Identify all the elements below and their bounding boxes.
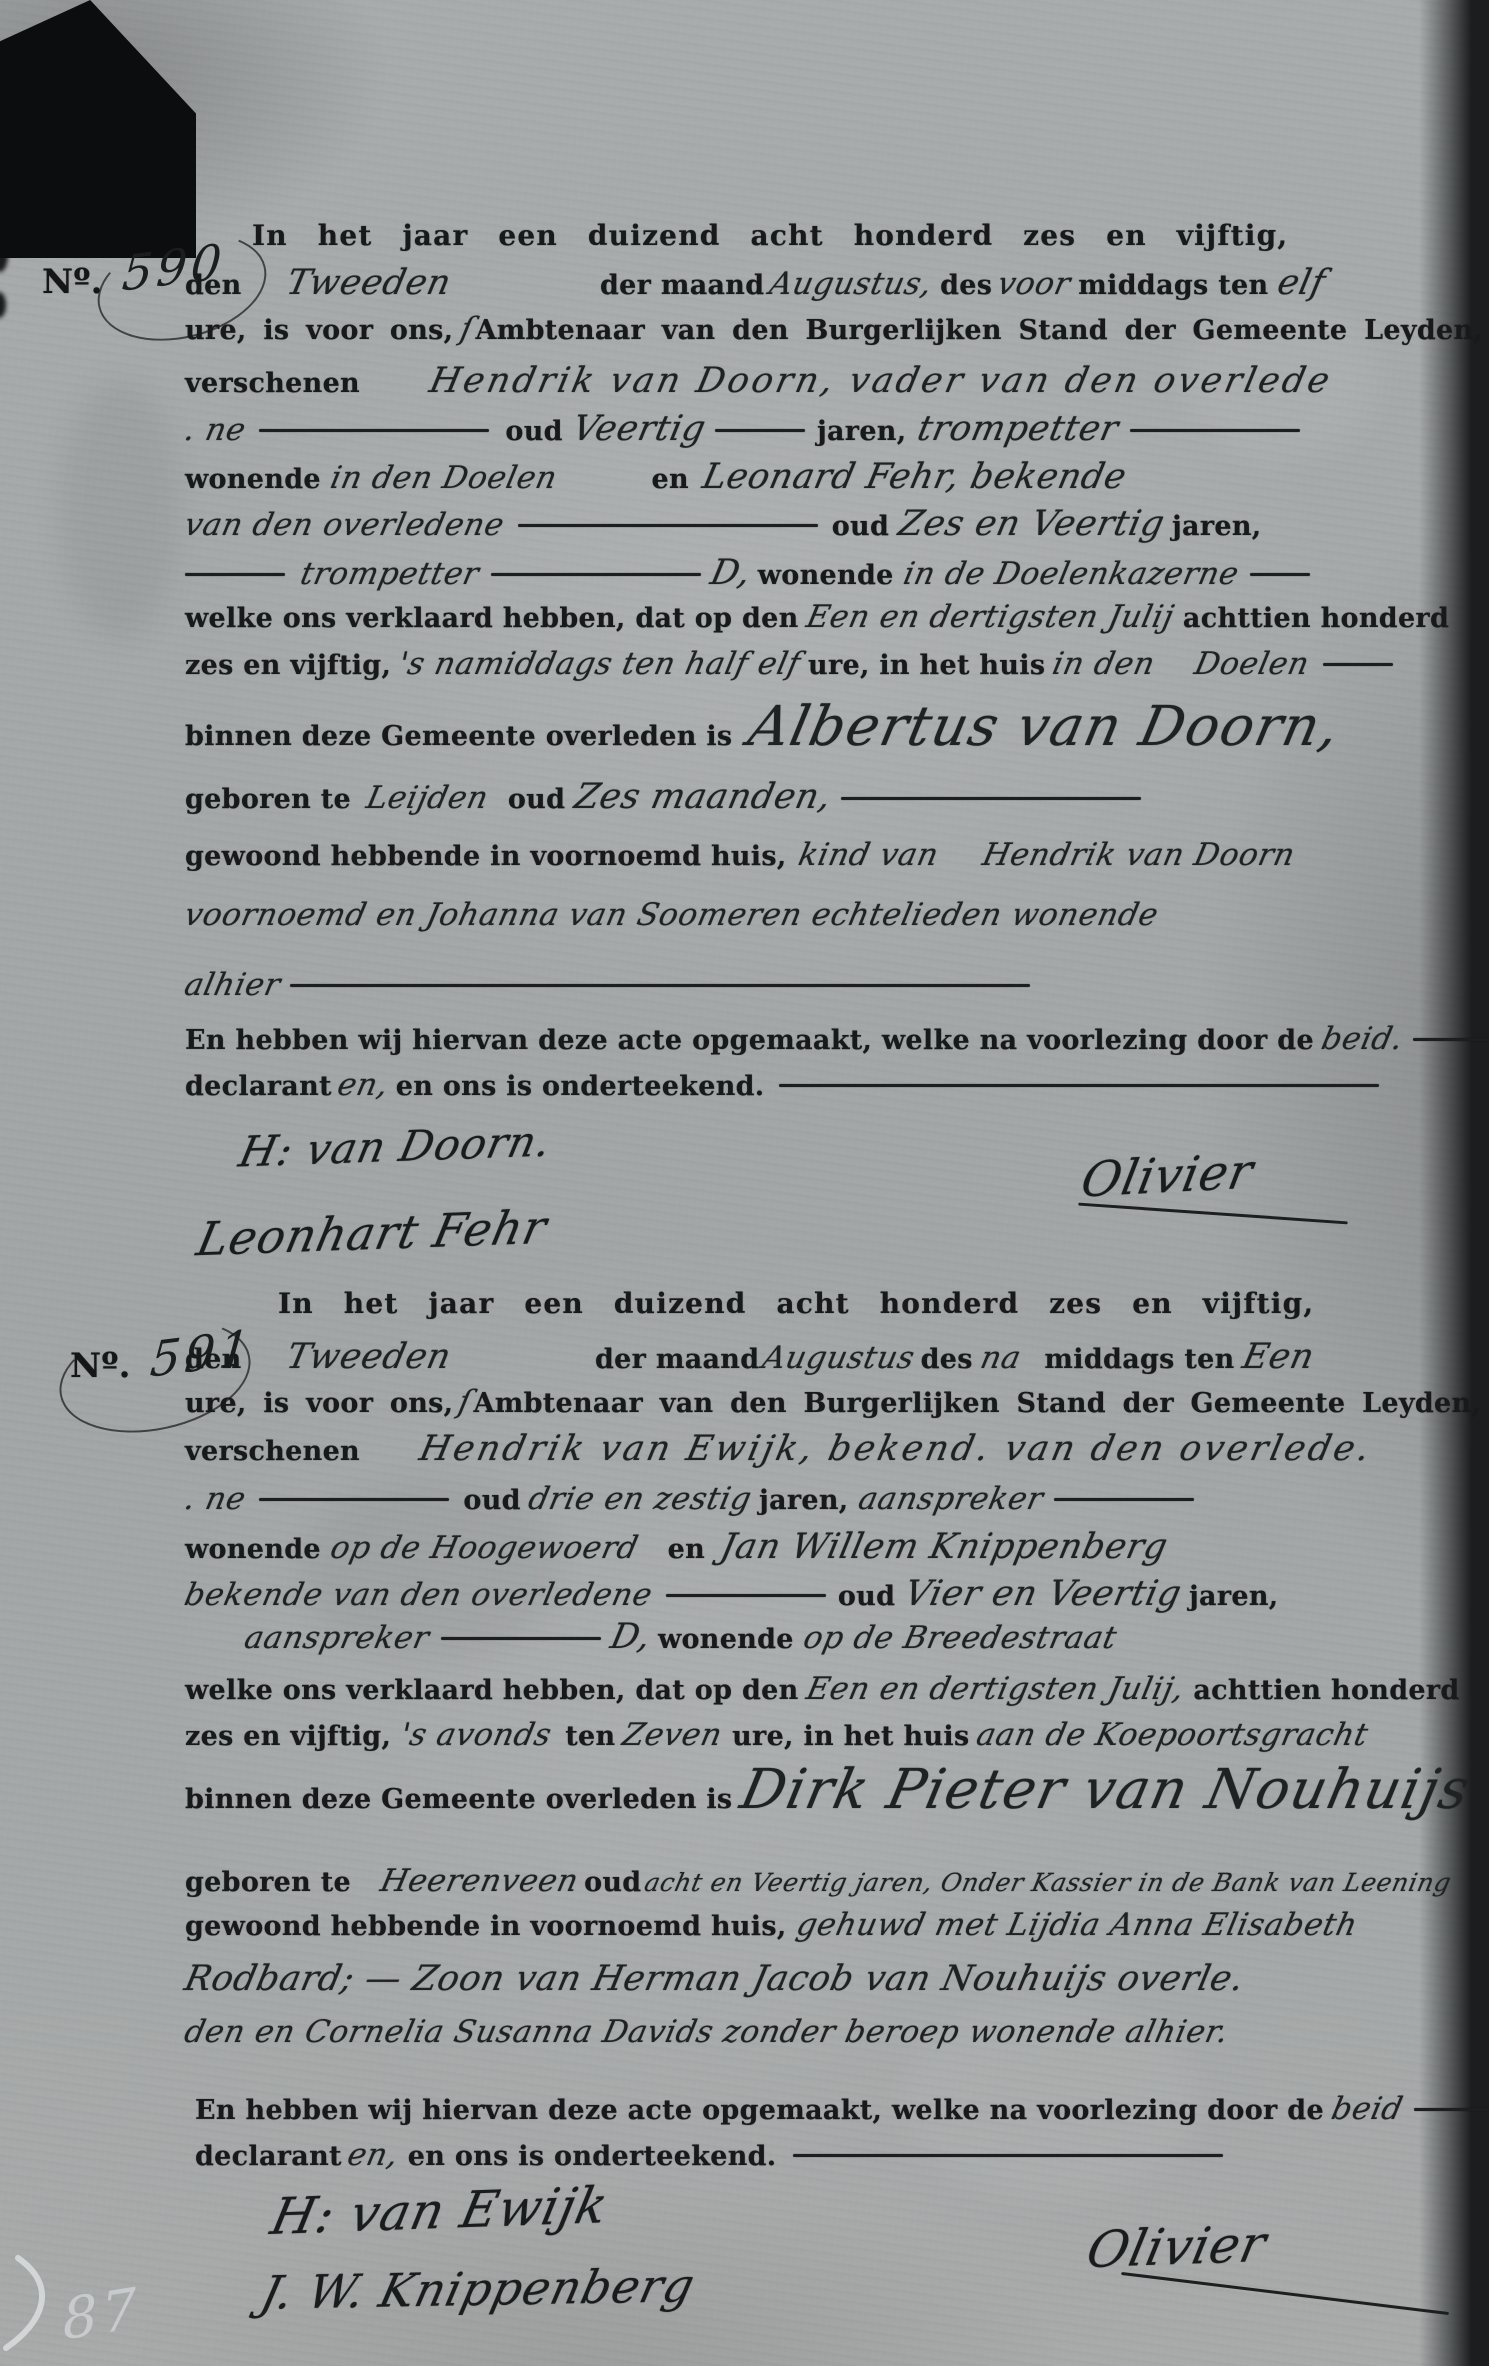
printed-text: ure, is voor ons,: [185, 1387, 453, 1421]
printed-text: wonende: [758, 559, 894, 593]
handwritten-text: Zes en Veertig: [895, 503, 1169, 547]
handwritten-text: beid: [1328, 2090, 1407, 2129]
printed-text: geboren te: [185, 1866, 351, 1900]
signature: Olivier: [1082, 2215, 1272, 2280]
signature: H: van Ewijk: [266, 2176, 614, 2246]
handwritten-text: Veertig: [568, 408, 709, 452]
fill-rule: [491, 573, 701, 576]
fill-rule: [841, 797, 1141, 800]
printed-text: middags ten: [1044, 1343, 1234, 1377]
signature-flourish: [1121, 2272, 1449, 2315]
death-record-scan-page: 300 87 Nº.590In het jaar een duizend ach…: [0, 0, 1489, 2366]
printed-text: en: [668, 1533, 705, 1567]
printed-text: oud: [508, 783, 565, 817]
act-590-line: verschenenHendrik van Doorn, vader van d…: [185, 360, 1331, 404]
printed-text: middags ten: [1078, 269, 1268, 303]
edge-mark: [0, 292, 6, 318]
act-number-label: Nº.: [70, 1346, 131, 1386]
handwritten-text: Tweeden: [282, 262, 455, 306]
printed-text: ure, is voor ons,: [185, 314, 453, 348]
handwritten-text: in den: [1049, 645, 1159, 684]
printed-text: verschenen: [185, 1435, 360, 1469]
handwritten-text: den en Cornelia Susanna Davids zonder be…: [181, 2013, 1232, 2052]
printed-text: des: [921, 1343, 973, 1377]
act-591-line: ure, is voor ons,ſAmbtenaar van den Burg…: [185, 1383, 1481, 1422]
handwritten-text: drie en zestig: [525, 1480, 755, 1519]
handwritten-text: en,: [334, 1066, 392, 1105]
handwritten-text: Augustus,: [766, 265, 936, 304]
act-number-label: Nº.: [42, 262, 103, 302]
handwritten-text: alhier: [181, 966, 284, 1005]
handwritten-text: Augustus: [759, 1339, 918, 1378]
printed-text: Ambtenaar van den Burgerlijken Stand der…: [475, 314, 1483, 348]
handwritten-text: Hendrik van Doorn: [979, 836, 1299, 875]
handwritten-text: acht en Veertig jaren, Onder Kassier in …: [642, 1867, 1455, 1898]
act-590-line: binnen deze Gemeente overleden isAlbertu…: [185, 692, 1340, 761]
act-591-line: In het jaar een duizend acht honderd zes…: [278, 1286, 1314, 1321]
printed-text: zes en vijftig,: [185, 649, 391, 683]
act-590-line: En hebben wij hiervan deze acte opgemaak…: [185, 1020, 1489, 1059]
corner-overlay: [0, 0, 196, 258]
signature: Leonhart Fehr: [192, 1200, 552, 1267]
printed-text: oud: [505, 415, 562, 449]
fill-rule: [290, 984, 1030, 987]
handwritten-text: Jan Willem Knippenberg: [716, 1526, 1171, 1570]
printed-text: der maand: [595, 1343, 759, 1377]
act-591-line: zes en vijftig,'s avondstenZevenure, in …: [185, 1716, 1368, 1755]
printed-text: declarant: [185, 1070, 332, 1104]
handwritten-text: trompetter: [297, 555, 483, 594]
corner-number: 87: [61, 2276, 143, 2354]
printed-text: Ambtenaar van den Burgerlijken Stand der…: [473, 1387, 1481, 1421]
handwritten-text: . ne: [181, 1480, 250, 1519]
fill-rule: [1413, 1038, 1489, 1041]
printed-text: In het jaar een duizend acht honderd zes…: [278, 1286, 1314, 1321]
fill-rule: [793, 2154, 1223, 2157]
act-590-line: alhier: [185, 966, 1030, 1005]
handwritten-text: Dirk Pieter van Nouhuijs: [735, 1755, 1477, 1824]
printed-text: en: [652, 463, 689, 497]
handwritten-text: D,: [706, 552, 754, 596]
handwritten-text: elf: [1274, 262, 1330, 306]
signature: Olivier: [1077, 1143, 1259, 1209]
printed-text: gewoond hebbende in voornoemd huis,: [185, 840, 787, 874]
signature: H: van Doorn.: [235, 1116, 556, 1176]
act-590-line: geboren teLeijdenoudZes maanden,: [185, 776, 1141, 820]
act-591-line: aansprekerD,wonendeop de Breedestraat: [185, 1616, 1116, 1660]
printed-text: achttien honderd: [1183, 602, 1449, 636]
act-591-line: wonendeop de HoogewoerdenJan Willem Knip…: [185, 1526, 1167, 1570]
fill-rule: [518, 524, 818, 527]
handwritten-text: Rodbard; — Zoon van Herman Jacob van Nou…: [180, 1958, 1248, 2002]
act-590-line: ure, is voor ons,ſAmbtenaar van den Burg…: [185, 310, 1483, 349]
handwritten-text: 's namiddags ten half elf: [395, 645, 804, 684]
act-591-line: . neouddrie en zestigjaren,aanspreker: [185, 1480, 1194, 1519]
act-590-line: van den overledeneoudZes en Veertigjaren…: [185, 503, 1261, 547]
printed-text: wonende: [185, 463, 321, 497]
fill-rule: [1323, 663, 1393, 666]
handwritten-text: Albertus van Doorn,: [743, 692, 1347, 761]
printed-text: ure, in het huis: [808, 649, 1045, 683]
fill-rule: [666, 1594, 826, 1597]
printed-text: En hebben wij hiervan deze acte opgemaak…: [195, 2094, 1324, 2128]
printed-text: jaren,: [1172, 510, 1262, 544]
fill-rule: [1054, 1498, 1194, 1501]
printed-text: welke ons verklaard hebben, dat op den: [185, 602, 799, 636]
act-591-line: denTweedender maandAugustusdesnamiddags …: [185, 1336, 1313, 1380]
handwritten-text: Een en dertigsten Julij: [802, 598, 1177, 637]
handwritten-text: beid.: [1318, 1020, 1407, 1059]
printed-text: ure, in het huis: [732, 1720, 969, 1754]
handwritten-text: Hendrik van Doorn, vader van den overled…: [425, 360, 1336, 404]
handwritten-text: Leonard Fehr, bekende: [698, 456, 1130, 500]
act-591-line: den en Cornelia Susanna Davids zonder be…: [185, 2013, 1228, 2052]
handwritten-text: 's avonds: [397, 1716, 555, 1755]
fill-rule: [185, 573, 285, 576]
fill-rule: [1414, 2108, 1489, 2111]
act-590-line: gewoond hebbende in voornoemd huis,kind …: [185, 836, 1294, 875]
printed-text: zes en vijftig,: [185, 1720, 391, 1754]
handwritten-text: bekende van den overledene: [181, 1576, 656, 1615]
printed-text: declarant: [195, 2140, 342, 2174]
signature: J. W. Knippenberg: [256, 2258, 701, 2320]
handwritten-text: D,: [606, 1616, 654, 1660]
handwritten-text: . ne: [181, 411, 250, 450]
fill-rule: [1130, 429, 1300, 432]
handwritten-text: Een en dertigsten Julij,: [802, 1670, 1187, 1709]
handwritten-text: op de Hoogewoerd: [327, 1529, 642, 1568]
printed-text: en ons is onderteekend.: [408, 2140, 777, 2174]
signature-flourish: [1078, 1203, 1348, 1225]
act-591-line: En hebben wij hiervan deze acte opgemaak…: [195, 2090, 1489, 2129]
act-591-line: gewoond hebbende in voornoemd huis,gehuw…: [185, 1906, 1357, 1945]
handwritten-text: Een: [1238, 1336, 1318, 1380]
printed-text: jaren,: [817, 415, 907, 449]
act-590-line: wonendein den DoelenenLeonard Fehr, beke…: [185, 456, 1126, 500]
act-590-line: welke ons verklaard hebben, dat op denEe…: [185, 598, 1449, 637]
act-590-line: trompetterD,wonendein de Doelenkazerne: [185, 552, 1310, 596]
printed-text: oud: [832, 510, 889, 544]
handwritten-text: kind van: [794, 836, 941, 875]
printed-text: des: [940, 269, 992, 303]
fill-rule: [441, 1637, 601, 1640]
printed-text: verschenen: [185, 367, 360, 401]
paper-stain: [60, 380, 180, 640]
binding-shadow: [1419, 0, 1489, 2366]
printed-text: den: [185, 269, 242, 303]
handwritten-text: Doelen: [1191, 645, 1313, 684]
act-591-line: Rodbard; — Zoon van Herman Jacob van Nou…: [185, 1958, 1243, 2002]
printed-text: En hebben wij hiervan deze acte opgemaak…: [185, 1024, 1314, 1058]
fill-rule: [259, 1498, 449, 1501]
handwritten-text: Vier en Veertig: [901, 1573, 1186, 1617]
printed-text: wonende: [658, 1623, 794, 1657]
handwritten-text: trompetter: [914, 408, 1123, 452]
printed-text: binnen deze Gemeente overleden is: [185, 720, 732, 754]
fill-rule: [715, 429, 805, 432]
printed-text: gewoond hebbende in voornoemd huis,: [185, 1910, 787, 1944]
printed-text: oud: [838, 1580, 895, 1614]
printed-text: achttien honderd: [1193, 1674, 1459, 1708]
act-591-line: verschenenHendrik van Ewijk, bekend. van…: [185, 1428, 1372, 1472]
handwritten-text: in den Doelen: [327, 459, 561, 498]
fill-rule: [779, 1084, 1379, 1087]
printed-text: den: [185, 1343, 242, 1377]
handwritten-text: aanspreker: [241, 1619, 433, 1658]
handwritten-text: Zes maanden,: [571, 776, 836, 820]
fill-rule: [1250, 573, 1310, 576]
printed-text: binnen deze Gemeente overleden is: [185, 1783, 732, 1817]
handwritten-text: aan de Koepoortsgracht: [973, 1716, 1372, 1755]
handwritten-text: op de Breedestraat: [800, 1619, 1121, 1658]
handwritten-text: Hendrik van Ewijk, bekend. van den overl…: [415, 1428, 1376, 1472]
printed-text: oud: [584, 1866, 641, 1900]
act-590-line: denTweedender maandAugustus,desvoormidda…: [185, 262, 1325, 306]
act-591-line: geboren teHeerenveenoudacht en Veertig j…: [185, 1862, 1451, 1901]
act-590-line: zes en vijftig,'s namiddags ten half elf…: [185, 645, 1393, 684]
act-590-line: voornoemd en Johanna van Soomeren echtel…: [185, 896, 1158, 935]
printed-text: jaren,: [759, 1484, 849, 1518]
handwritten-text: van den overledene: [181, 506, 508, 545]
act-591-line: welke ons verklaard hebben, dat op denEe…: [185, 1670, 1460, 1709]
printed-text: en ons is onderteekend.: [396, 1070, 765, 1104]
handwritten-text: Leijden: [363, 779, 492, 818]
act-590-line: declaranten,en ons is onderteekend.: [185, 1066, 1379, 1105]
handwritten-text: aanspreker: [854, 1480, 1046, 1519]
act-591-line: binnen deze Gemeente overleden isDirk Pi…: [185, 1755, 1470, 1824]
printed-text: geboren te: [185, 783, 351, 817]
printed-text: In het jaar een duizend acht honderd zes…: [252, 218, 1288, 253]
handwritten-text: voornoemd en Johanna van Soomeren echtel…: [181, 896, 1162, 935]
handwritten-text: Heerenveen: [377, 1862, 582, 1901]
act-591-line: declaranten,en ons is onderteekend.: [195, 2136, 1223, 2175]
handwritten-text: Zeven: [619, 1716, 726, 1755]
handwritten-text: na: [977, 1339, 1025, 1378]
act-591-line: bekende van den overledeneoudVier en Vee…: [185, 1573, 1278, 1617]
handwritten-text: in de Doelenkazerne: [899, 555, 1242, 594]
printed-text: wonende: [185, 1533, 321, 1567]
printed-text: der maand: [600, 269, 764, 303]
handwritten-text: Tweeden: [282, 1336, 455, 1380]
handwritten-text: en,: [344, 2136, 402, 2175]
act-590-line: In het jaar een duizend acht honderd zes…: [252, 218, 1288, 253]
handwritten-text: gehuwd met Lijdia Anna Elisabeth: [792, 1906, 1360, 1945]
printed-text: ten: [565, 1720, 615, 1754]
fill-rule: [259, 429, 489, 432]
printed-text: oud: [463, 1484, 520, 1518]
printed-text: jaren,: [1189, 1580, 1279, 1614]
act-590-line: . neoudVeertigjaren,trompetter: [185, 408, 1300, 452]
printed-text: welke ons verklaard hebben, dat op den: [185, 1674, 799, 1708]
handwritten-text: voor: [994, 265, 1074, 304]
corner-curl-mark: [0, 2252, 70, 2352]
